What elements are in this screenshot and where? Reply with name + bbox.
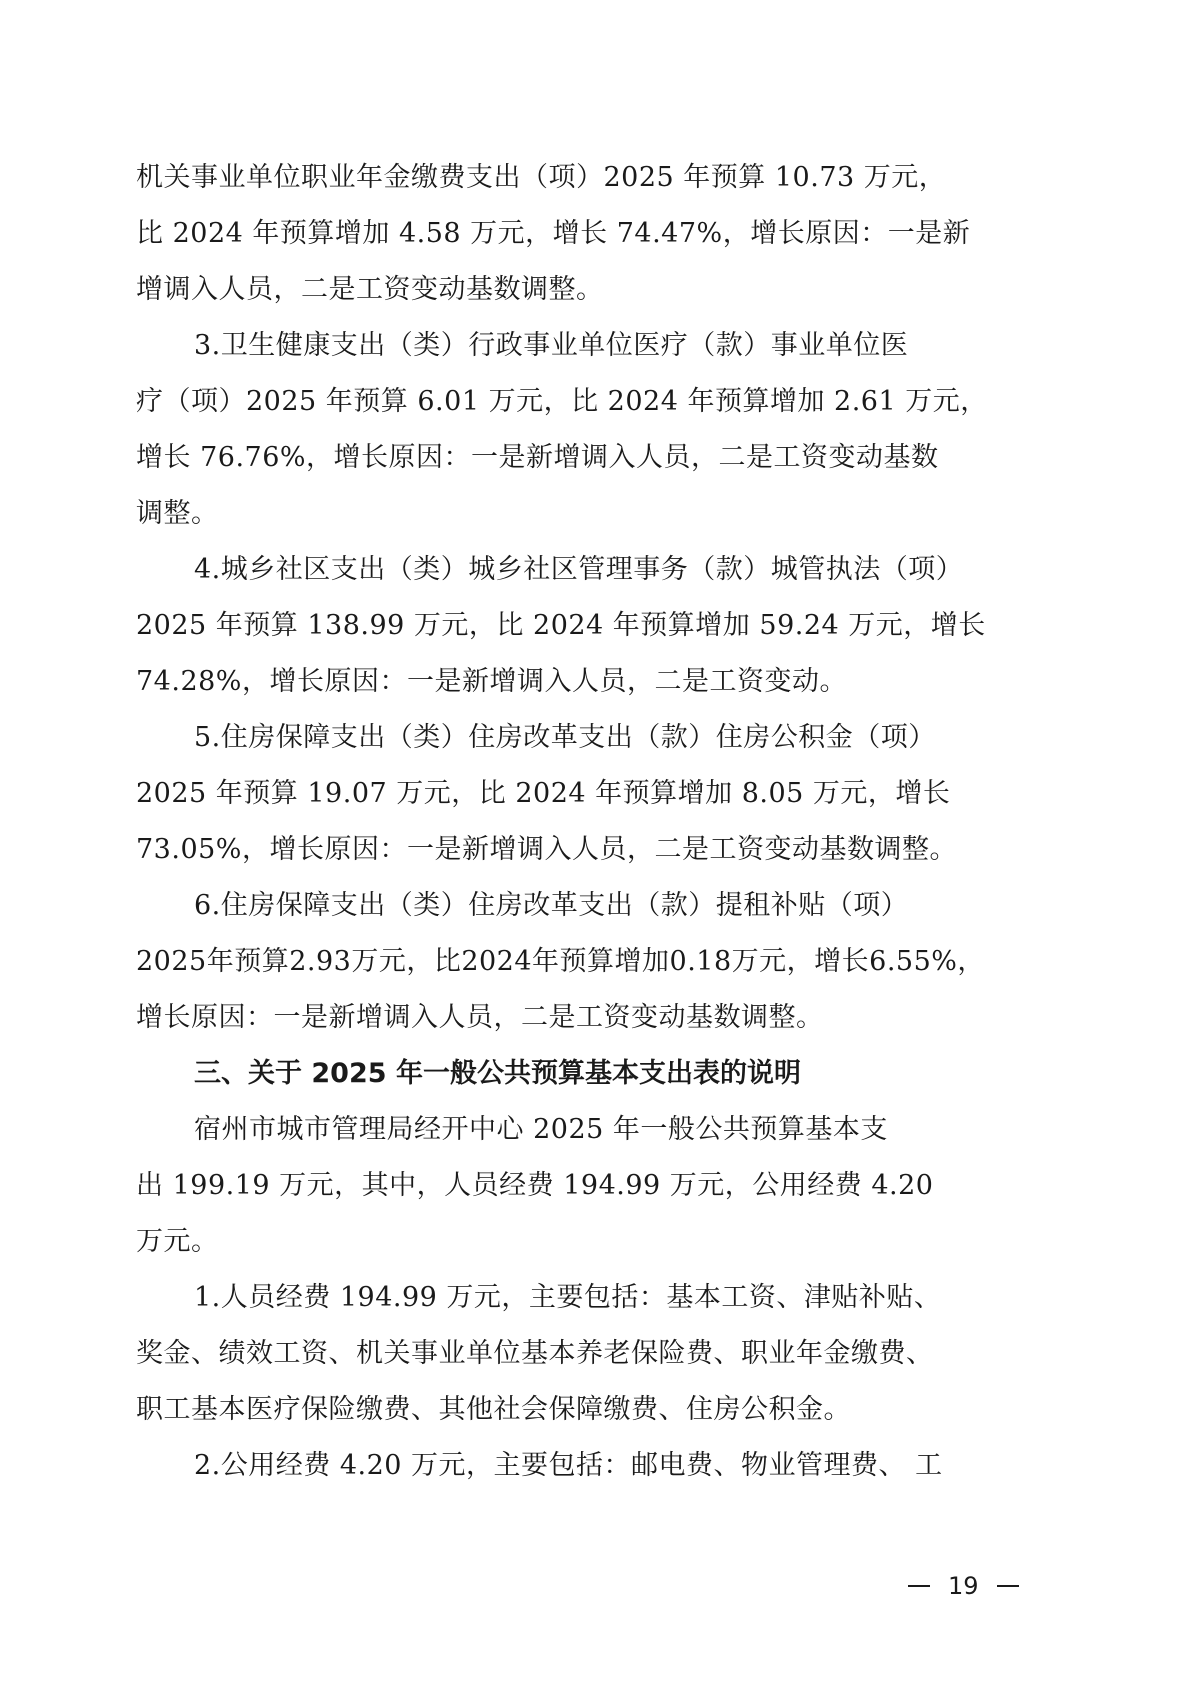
paragraph-personnel-expenses: 1.人员经费 194.99 万元，主要包括：基本工资、津贴补贴、 奖金、绩效工资… xyxy=(136,1270,1036,1438)
text-line: 3.卫生健康支出（类）行政事业单位医疗（款）事业单位医 xyxy=(136,318,1036,374)
dash-left xyxy=(908,1585,930,1587)
section-heading: 三、关于 2025 年一般公共预算基本支出表的说明 xyxy=(136,1046,1036,1102)
paragraph-basic-expenditure-summary: 宿州市城市管理局经开中心 2025 年一般公共预算基本支 出 199.19 万元… xyxy=(136,1102,1036,1270)
page-number-value: 19 xyxy=(948,1572,979,1600)
text-line: 奖金、绩效工资、机关事业单位基本养老保险费、职业年金缴费、 xyxy=(136,1326,1036,1382)
dash-right xyxy=(997,1585,1019,1587)
text-line: 增调入人员，二是工资变动基数调整。 xyxy=(136,262,1036,318)
paragraph-item-3-health-expenditure: 3.卫生健康支出（类）行政事业单位医疗（款）事业单位医 疗（项）2025 年预算… xyxy=(136,318,1036,542)
page-content: 机关事业单位职业年金缴费支出（项）2025 年预算 10.73 万元， 比 20… xyxy=(136,150,1036,1494)
text-line: 74.28%，增长原因：一是新增调入人员，二是工资变动。 xyxy=(136,654,1036,710)
text-line: 2025年预算2.93万元，比2024年预算增加0.18万元，增长6.55%， xyxy=(136,934,1036,990)
text-line: 增长原因：一是新增调入人员，二是工资变动基数调整。 xyxy=(136,990,1036,1046)
text-line: 机关事业单位职业年金缴费支出（项）2025 年预算 10.73 万元， xyxy=(136,150,1036,206)
text-line: 4.城乡社区支出（类）城乡社区管理事务（款）城管执法（项） xyxy=(136,542,1036,598)
page-number: 19 xyxy=(908,1572,1019,1600)
text-line: 职工基本医疗保险缴费、其他社会保障缴费、住房公积金。 xyxy=(136,1382,1036,1438)
text-line: 5.住房保障支出（类）住房改革支出（款）住房公积金（项） xyxy=(136,710,1036,766)
paragraph-item-5-housing-fund: 5.住房保障支出（类）住房改革支出（款）住房公积金（项） 2025 年预算 19… xyxy=(136,710,1036,878)
text-line: 宿州市城市管理局经开中心 2025 年一般公共预算基本支 xyxy=(136,1102,1036,1158)
text-line: 疗（项）2025 年预算 6.01 万元，比 2024 年预算增加 2.61 万… xyxy=(136,374,1036,430)
text-line: 万元。 xyxy=(136,1214,1036,1270)
text-line: 2025 年预算 138.99 万元，比 2024 年预算增加 59.24 万元… xyxy=(136,598,1036,654)
text-line: 增长 76.76%，增长原因：一是新增调入人员，二是工资变动基数 xyxy=(136,430,1036,486)
text-line: 1.人员经费 194.99 万元，主要包括：基本工资、津贴补贴、 xyxy=(136,1270,1036,1326)
text-line: 73.05%，增长原因：一是新增调入人员，二是工资变动基数调整。 xyxy=(136,822,1036,878)
paragraph-public-expenses: 2.公用经费 4.20 万元，主要包括：邮电费、物业管理费、 工 xyxy=(136,1438,1036,1494)
text-line: 出 199.19 万元，其中，人员经费 194.99 万元，公用经费 4.20 xyxy=(136,1158,1036,1214)
text-line: 调整。 xyxy=(136,486,1036,542)
text-line: 比 2024 年预算增加 4.58 万元，增长 74.47%，增长原因：一是新 xyxy=(136,206,1036,262)
text-line: 2.公用经费 4.20 万元，主要包括：邮电费、物业管理费、 工 xyxy=(136,1438,1036,1494)
paragraph-item-4-urban-rural-community: 4.城乡社区支出（类）城乡社区管理事务（款）城管执法（项） 2025 年预算 1… xyxy=(136,542,1036,710)
paragraph-item-6-rent-subsidy: 6.住房保障支出（类）住房改革支出（款）提租补贴（项） 2025年预算2.93万… xyxy=(136,878,1036,1046)
text-line: 2025 年预算 19.07 万元，比 2024 年预算增加 8.05 万元，增… xyxy=(136,766,1036,822)
text-line: 6.住房保障支出（类）住房改革支出（款）提租补贴（项） xyxy=(136,878,1036,934)
paragraph-occupational-annuity: 机关事业单位职业年金缴费支出（项）2025 年预算 10.73 万元， 比 20… xyxy=(136,150,1036,318)
